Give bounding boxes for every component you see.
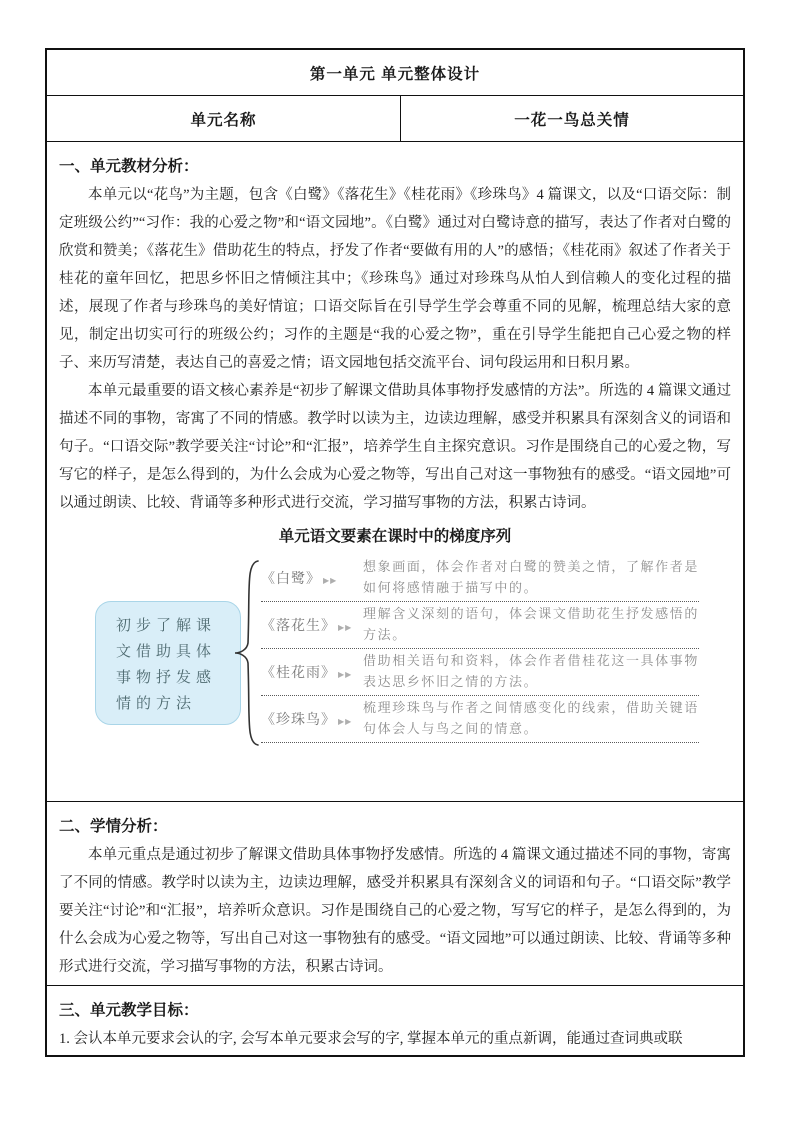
lesson-desc: 梳理珍珠鸟与作者之间情感变化的线索，借助关键语句体会人与鸟之间的情意。 <box>363 698 699 740</box>
section2-paragraph-1: 本单元重点是通过初步了解课文借助具体事物抒发感情。所选的 4 篇课文通过描述不同… <box>59 841 731 981</box>
section-teaching-goals: 三、单元教学目标： 1. 会认本单元要求会认的字, 会写本单元要求会写的字, 掌… <box>47 985 743 1055</box>
double-arrow-icon: ▶▶ <box>338 717 352 726</box>
lesson-title: 《白鹭》▶▶ <box>261 568 363 588</box>
lesson-desc: 想象画面，体会作者对白鹭的赞美之情，了解作者是如何将感情融于描写中的。 <box>363 557 699 599</box>
unit-name-row: 单元名称 一花一鸟总关情 <box>47 95 743 141</box>
diagram-row-luohuasheng: 《落花生》▶▶ 理解含义深刻的语句，体会课文借助花生抒发感悟的方法。 <box>261 602 699 649</box>
diagram-row-zhenzhuniao: 《珍珠鸟》▶▶ 梳理珍珠鸟与作者之间情感变化的线索，借助关键语句体会人与鸟之间的… <box>261 696 699 743</box>
section-unit-material-analysis: 一、单元教材分析： 本单元以“花鸟”为主题，包含《白鹭》《落花生》《桂花雨》《珍… <box>47 141 743 801</box>
section3-item-1: 1. 会认本单元要求会认的字, 会写本单元要求会写的字, 掌握本单元的重点新调，… <box>59 1025 731 1053</box>
bubble-text: 初步了解课文借助具体事物抒发感情的方法 <box>116 612 218 716</box>
lesson-title: 《落花生》▶▶ <box>261 615 363 635</box>
diagram-title: 单元语文要素在课时中的梯度序列 <box>59 523 731 551</box>
section-learner-analysis: 二、学情分析： 本单元重点是通过初步了解课文借助具体事物抒发感情。所选的 4 篇… <box>47 801 743 985</box>
section2-heading: 二、学情分析： <box>59 812 731 841</box>
doc-title: 第一单元 单元整体设计 <box>47 50 743 95</box>
language-element-bubble: 初步了解课文借助具体事物抒发感情的方法 <box>95 601 241 725</box>
diagram-row-guihuayu: 《桂花雨》▶▶ 借助相关语句和资料，体会作者借桂花这一具体事物表达思乡怀旧之情的… <box>261 649 699 696</box>
section1-paragraph-2: 本单元最重要的语文核心素养是“初步了解课文借助具体事物抒发感情的方法”。所选的 … <box>59 377 731 517</box>
gradient-sequence-diagram: 初步了解课文借助具体事物抒发感情的方法 《白鹭》▶▶ 想象画面，体会作者对白鹭的… <box>59 555 731 751</box>
double-arrow-icon: ▶▶ <box>338 623 352 632</box>
double-arrow-icon: ▶▶ <box>338 670 352 679</box>
lesson-title: 《桂花雨》▶▶ <box>261 662 363 682</box>
section1-heading: 一、单元教材分析： <box>59 152 731 181</box>
lesson-desc: 理解含义深刻的语句，体会课文借助花生抒发感悟的方法。 <box>363 604 699 646</box>
section1-paragraph-1: 本单元以“花鸟”为主题，包含《白鹭》《落花生》《桂花雨》《珍珠鸟》4 篇课文，以… <box>59 181 731 377</box>
unit-name-value: 一花一鸟总关情 <box>401 96 743 141</box>
curly-brace-icon <box>227 557 263 749</box>
double-arrow-icon: ▶▶ <box>323 576 337 585</box>
lesson-title: 《珍珠鸟》▶▶ <box>261 709 363 729</box>
section3-heading: 三、单元教学目标： <box>59 996 731 1025</box>
lesson-desc: 借助相关语句和资料，体会作者借桂花这一具体事物表达思乡怀旧之情的方法。 <box>363 651 699 693</box>
lesson-plan-table: 第一单元 单元整体设计 单元名称 一花一鸟总关情 一、单元教材分析： 本单元以“… <box>45 48 745 1057</box>
diagram-rows: 《白鹭》▶▶ 想象画面，体会作者对白鹭的赞美之情，了解作者是如何将感情融于描写中… <box>261 555 699 743</box>
document-page: 第一单元 单元整体设计 单元名称 一花一鸟总关情 一、单元教材分析： 本单元以“… <box>0 0 793 1122</box>
diagram-row-bailu: 《白鹭》▶▶ 想象画面，体会作者对白鹭的赞美之情，了解作者是如何将感情融于描写中… <box>261 555 699 602</box>
unit-name-label: 单元名称 <box>47 96 401 141</box>
